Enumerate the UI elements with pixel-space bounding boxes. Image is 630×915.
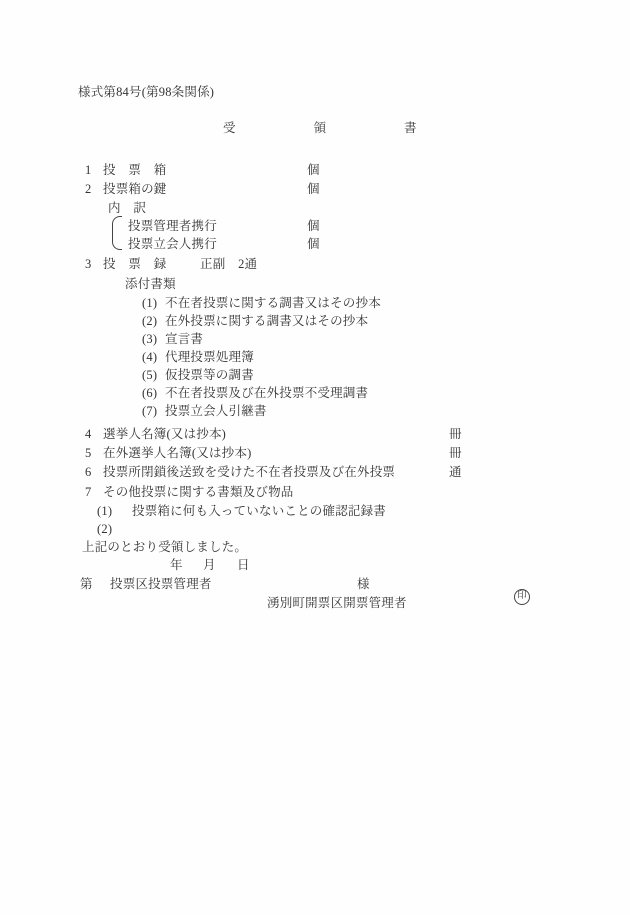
attachment-4-label: 代理投票処理簿 <box>165 350 254 364</box>
attachment-7-number: (7) <box>142 404 157 418</box>
item-1-unit: 個 <box>307 163 320 177</box>
item-2-unit: 個 <box>307 182 320 196</box>
receipt-statement: 上記のとおり受領しました。 <box>82 540 247 554</box>
attachment-6-label: 不在者投票及び在外投票不受理調書 <box>165 386 368 400</box>
item-2-number: 2 <box>85 182 91 196</box>
item-7-sub-1-number: (1) <box>97 504 112 518</box>
item-1-number: 1 <box>85 163 91 177</box>
breakdown-item-2-unit: 個 <box>307 237 320 251</box>
item-7-sub-2-number: (2) <box>97 522 112 536</box>
item-3-number: 3 <box>85 257 91 271</box>
form-number: 様式第84号(第98条関係) <box>78 85 214 99</box>
attachment-5-number: (5) <box>142 368 157 382</box>
attachment-1-label: 不在者投票に関する調書又はその抄本 <box>165 296 381 310</box>
breakdown-brace-icon <box>112 216 122 250</box>
seal-icon: 印 <box>514 589 530 605</box>
item-3-note: 正副 2通 <box>200 257 257 271</box>
item-5-label: 在外選挙人名簿(又は抄本) <box>103 446 251 460</box>
date-day-label: 日 <box>237 558 250 572</box>
item-7-label: その他投票に関する書類及び物品 <box>103 485 294 499</box>
item-4-label: 選挙人名簿(又は抄本) <box>103 427 226 441</box>
attachment-7-label: 投票立会人引継書 <box>165 404 267 418</box>
attachment-3-number: (3) <box>142 332 157 346</box>
item-5-unit: 冊 <box>449 446 462 460</box>
attachments-heading: 添付書類 <box>125 277 176 291</box>
breakdown-item-2-label: 投票立会人携行 <box>128 237 217 251</box>
item-1-label: 投 票 箱 <box>103 163 167 177</box>
item-2-label: 投票箱の鍵 <box>103 182 167 196</box>
attachment-5-label: 仮投票等の調書 <box>165 368 254 382</box>
seal-text: 印 <box>517 592 527 602</box>
breakdown-item-1-unit: 個 <box>307 219 320 233</box>
item-7-number: 7 <box>85 485 91 499</box>
page-title: 受領書 <box>223 121 495 135</box>
item-6-number: 6 <box>85 465 91 479</box>
addressee-prefix: 第 <box>80 577 93 591</box>
attachment-2-label: 在外投票に関する調書又はその抄本 <box>165 314 368 328</box>
date-year-label: 年 <box>170 558 183 572</box>
item-3-label: 投 票 録 <box>103 257 167 271</box>
signer-title: 湧別町開票区開票管理者 <box>267 596 407 610</box>
item-7-sub-1-label: 投票箱に何も入っていないことの確認記録書 <box>132 504 386 518</box>
date-month-label: 月 <box>203 558 216 572</box>
attachment-3-label: 宣言書 <box>165 332 203 346</box>
receipt-form-page: 様式第84号(第98条関係) 受領書 1 投 票 箱 個 2 投票箱の鍵 個 内… <box>0 0 630 915</box>
addressee-title: 投票区投票管理者 <box>110 577 212 591</box>
breakdown-item-1-label: 投票管理者携行 <box>128 219 217 233</box>
attachment-4-number: (4) <box>142 350 157 364</box>
attachment-6-number: (6) <box>142 386 157 400</box>
item-6-label: 投票所閉鎖後送致を受けた不在者投票及び在外投票 <box>103 465 395 479</box>
item-4-unit: 冊 <box>449 427 462 441</box>
addressee-honorific: 様 <box>357 577 370 591</box>
item-6-unit: 通 <box>449 465 462 479</box>
breakdown-heading: 内 訳 <box>108 201 146 215</box>
attachment-2-number: (2) <box>142 314 157 328</box>
attachment-1-number: (1) <box>142 296 157 310</box>
item-4-number: 4 <box>85 427 91 441</box>
item-5-number: 5 <box>85 446 91 460</box>
